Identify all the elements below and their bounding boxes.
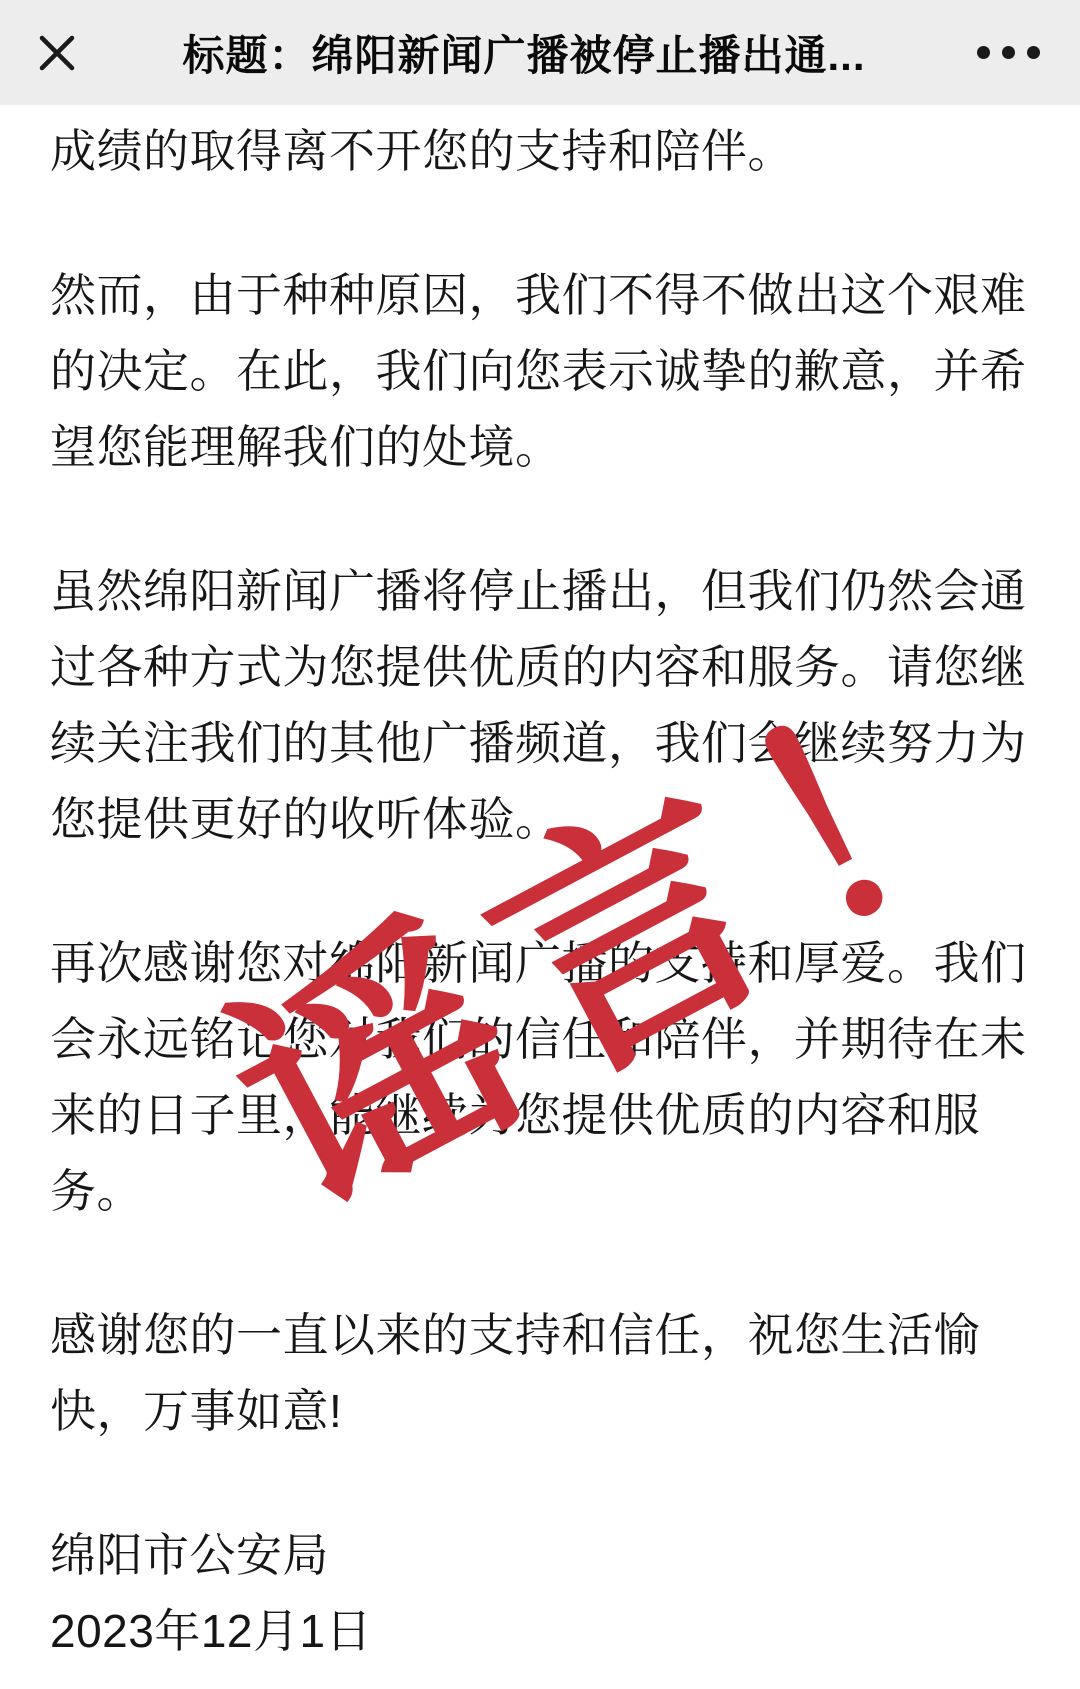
close-icon <box>38 34 76 72</box>
more-menu-button[interactable] <box>968 30 1040 76</box>
paragraph: 感谢您的一直以来的支持和信任，祝您生活愉快，万事如意! <box>50 1297 1034 1449</box>
page-title: 标题：绵阳新闻广播被停止播出通... <box>80 23 968 83</box>
wechat-article-screen: 标题：绵阳新闻广播被停止播出通... 成绩的取得离不开您的支持和陪伴。 然而，由… <box>0 0 1080 1689</box>
paragraph: 成绩的取得离不开您的支持和陪伴。 <box>50 113 1034 189</box>
paragraph: 然而，由于种种原因，我们不得不做出这个艰难的决定。在此，我们向您表示诚挚的歉意，… <box>50 257 1034 485</box>
date-line: 2023年12月1日 <box>50 1593 1034 1669</box>
signature: 绵阳市公安局 <box>50 1517 1034 1593</box>
article-body: 成绩的取得离不开您的支持和陪伴。 然而，由于种种原因，我们不得不做出这个艰难的决… <box>0 105 1080 1669</box>
more-dots-icon <box>977 46 1040 59</box>
paragraph: 虽然绵阳新闻广播将停止播出，但我们仍然会通过各种方式为您提供优质的内容和服务。请… <box>50 553 1034 857</box>
titlebar: 标题：绵阳新闻广播被停止播出通... <box>0 0 1080 105</box>
paragraph: 再次感谢您对绵阳新闻广播的支持和厚爱。我们会永远铭记您对我们的信任和陪伴，并期待… <box>50 925 1034 1229</box>
close-button[interactable] <box>34 30 80 76</box>
